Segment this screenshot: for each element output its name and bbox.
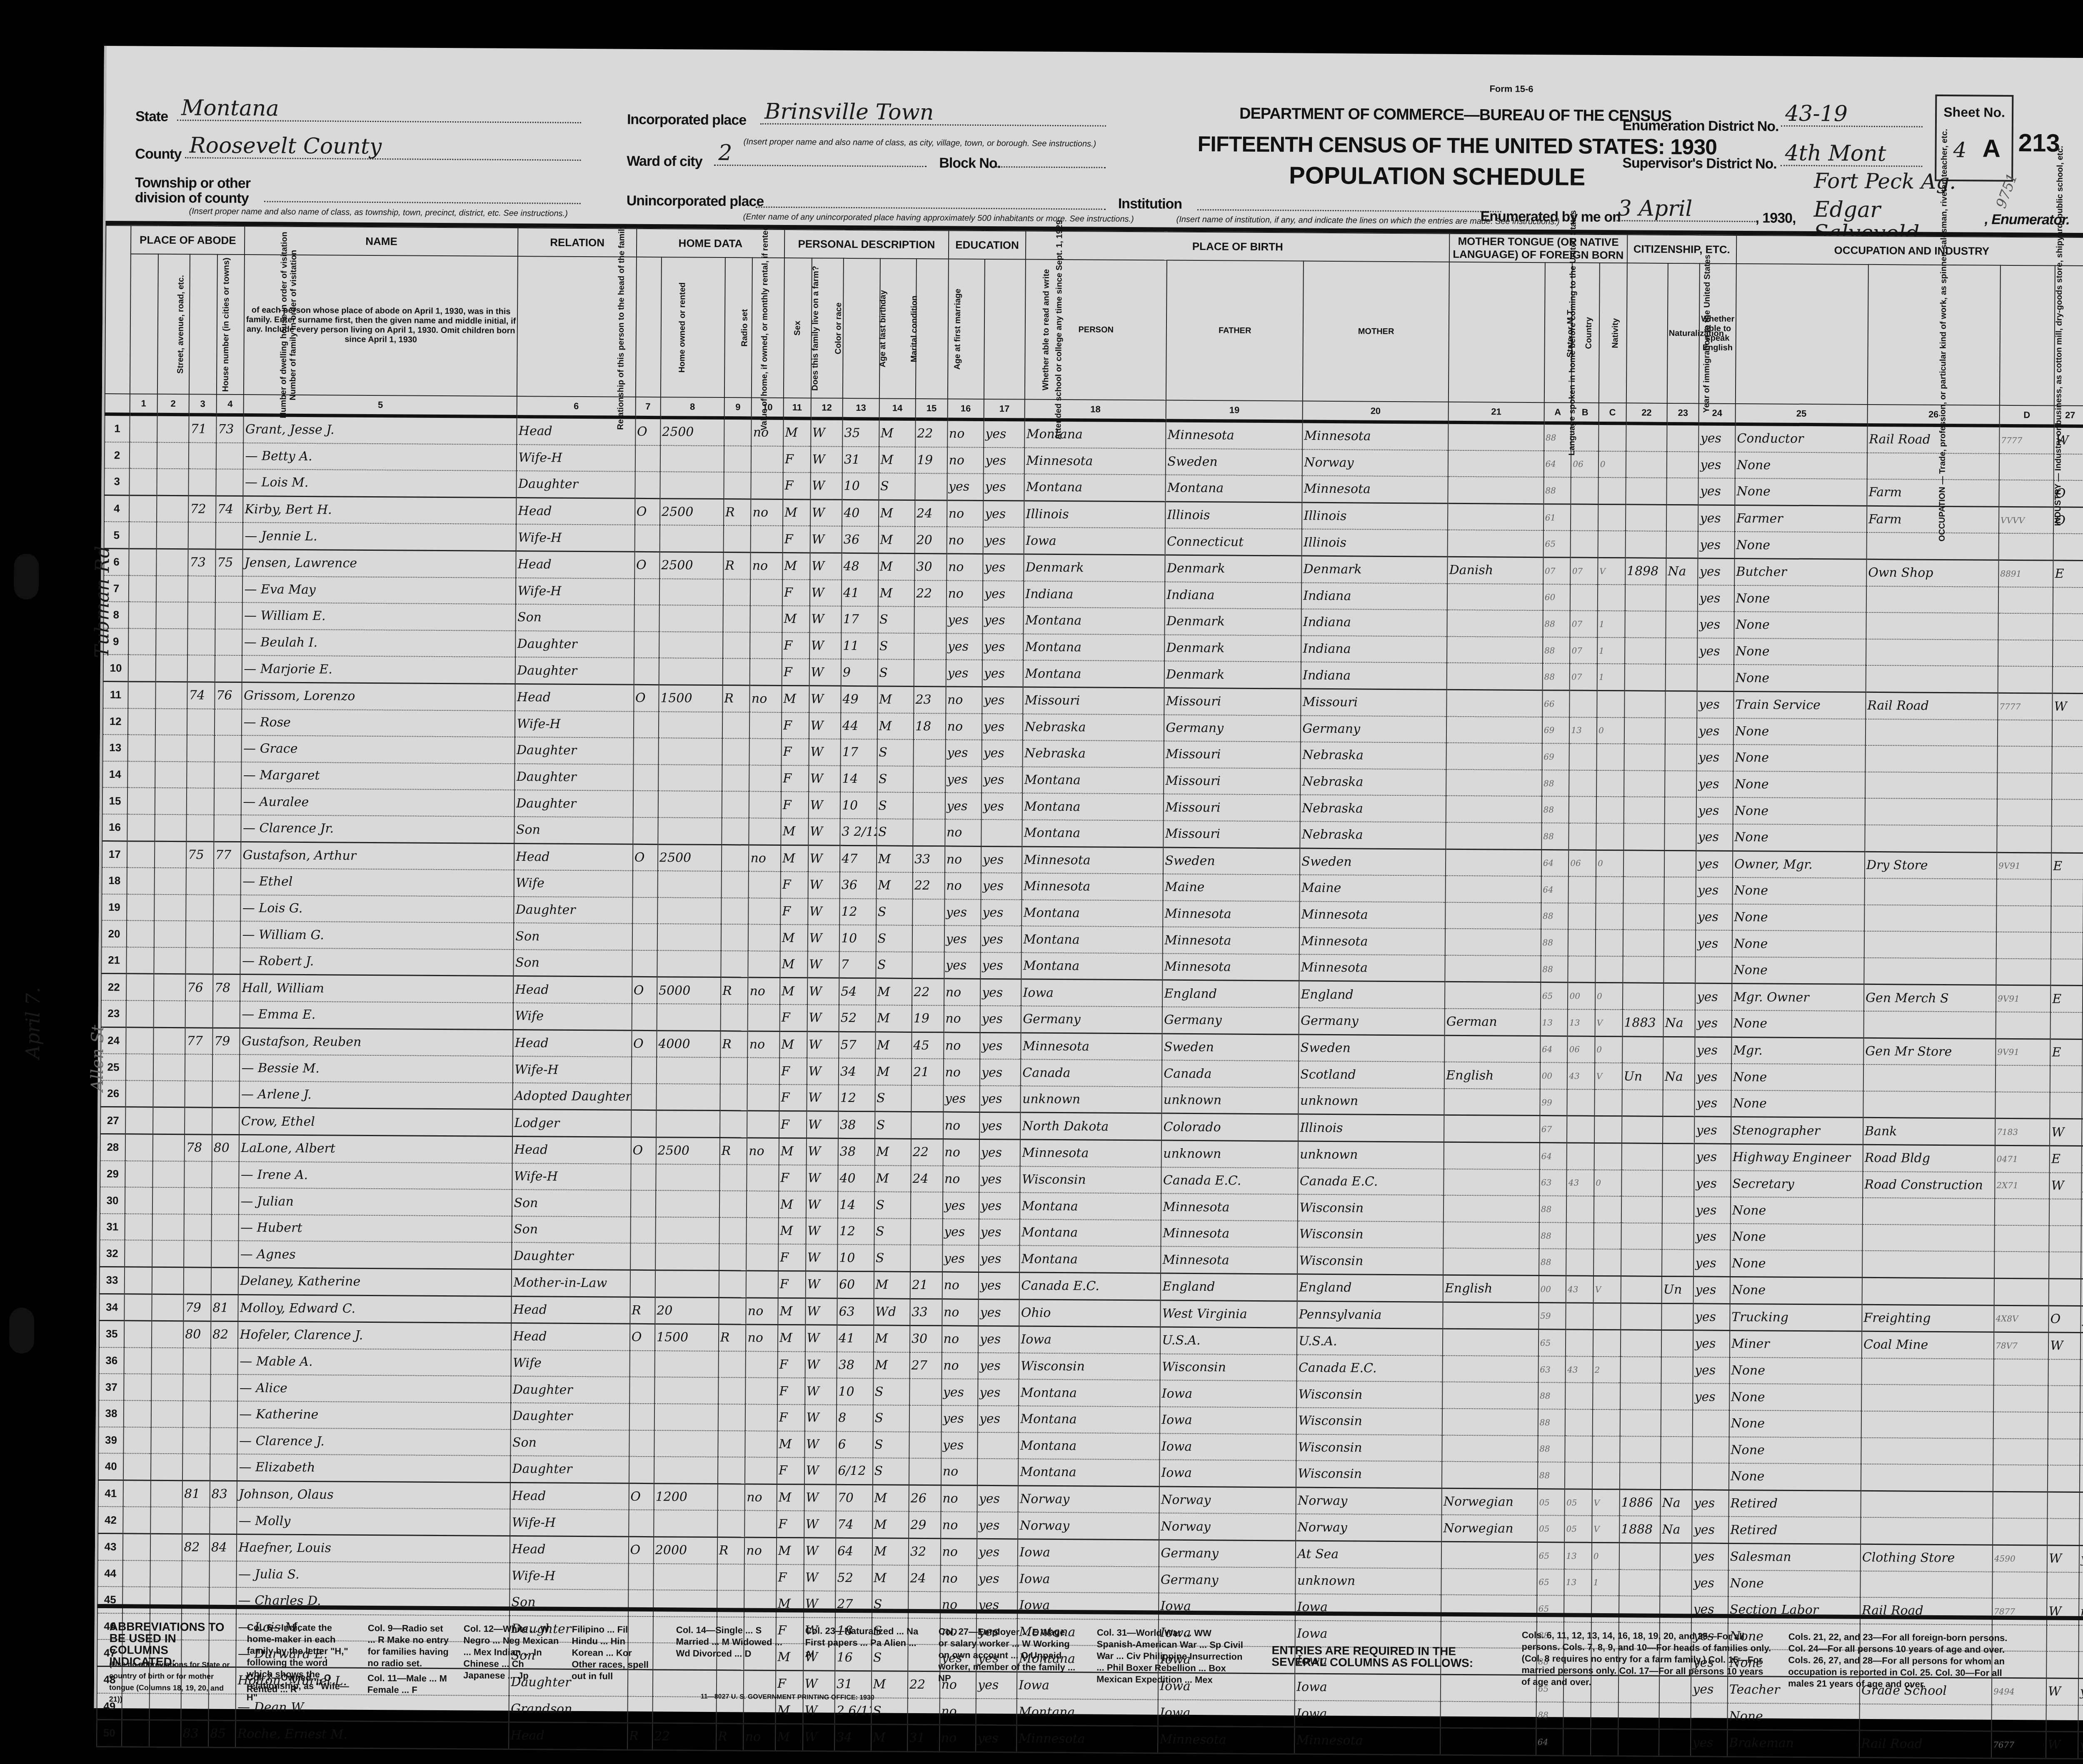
cell-name: Haefner, Louis bbox=[237, 1534, 510, 1562]
cell-occupation: Farmer bbox=[1735, 505, 1867, 532]
cell-street bbox=[127, 788, 155, 815]
cell-school: yes bbox=[946, 607, 983, 634]
cell-age: 17 bbox=[842, 606, 878, 633]
cell-work bbox=[2080, 1359, 2083, 1386]
cell-bp-father: Montana bbox=[1166, 475, 1302, 502]
cell-owned: O bbox=[634, 552, 660, 578]
cell-bp-person: Montana bbox=[1018, 1459, 1159, 1487]
cell-family: 79 bbox=[212, 1028, 240, 1054]
cell-english: yes bbox=[1692, 1543, 1728, 1570]
cell-farm: no bbox=[749, 845, 781, 872]
cell-industry bbox=[1864, 958, 1996, 985]
cell-work: yes bbox=[2081, 1173, 2083, 1199]
cell-line: 27 bbox=[100, 1107, 126, 1134]
cell-bp-mother: unknown bbox=[1299, 1087, 1444, 1115]
cell-house bbox=[155, 761, 187, 788]
cell-bp-mother: Wisconsin bbox=[1298, 1221, 1444, 1248]
cell-code-c bbox=[1593, 1249, 1621, 1276]
cell-code-a: 88 bbox=[1539, 1196, 1567, 1222]
cell-house bbox=[152, 1294, 184, 1321]
cell-radio: R bbox=[716, 1724, 744, 1751]
cell-name: — Irene A. bbox=[239, 1162, 512, 1190]
cell-class: W bbox=[2048, 1332, 2081, 1359]
cell-natur bbox=[1662, 1170, 1694, 1197]
cell-code-b bbox=[1571, 477, 1598, 504]
cell-marital: M bbox=[879, 447, 915, 473]
cell-code-d bbox=[1999, 480, 2054, 507]
cell-owned bbox=[634, 632, 659, 658]
cell-occupation: None bbox=[1734, 612, 1866, 639]
cell-race: W bbox=[804, 1511, 836, 1538]
cell-line: 42 bbox=[98, 1507, 123, 1533]
cell-school: yes bbox=[941, 1405, 978, 1432]
cell-bp-person: Germany bbox=[1021, 1006, 1162, 1034]
cell-farm bbox=[746, 1271, 778, 1298]
cell-code-b bbox=[1568, 929, 1596, 956]
cell-bp-person: Iowa bbox=[1024, 527, 1165, 555]
form-number: Form 15-6 bbox=[1489, 83, 1533, 95]
cell-immig bbox=[1624, 744, 1665, 770]
cell-farm: no bbox=[748, 977, 780, 1004]
cell-immig bbox=[1626, 478, 1667, 505]
cell-marital: M bbox=[878, 553, 915, 580]
cell-code-d bbox=[1997, 773, 2052, 800]
cell-immig: 1898 bbox=[1625, 558, 1666, 585]
cell-read: yes bbox=[981, 926, 1022, 952]
cell-class bbox=[2050, 1066, 2082, 1092]
cell-dwelling bbox=[185, 1054, 212, 1081]
cell-bp-person: Montana bbox=[1023, 634, 1164, 661]
cell-class: E bbox=[2050, 1039, 2082, 1066]
cell-relation: Daughter bbox=[510, 1456, 629, 1483]
cell-school: no bbox=[944, 1032, 980, 1059]
cell-code-a: 63 bbox=[1539, 1169, 1567, 1196]
cell-line: 31 bbox=[100, 1214, 125, 1240]
cell-bp-mother: England bbox=[1299, 981, 1445, 1009]
cell-owned bbox=[629, 1404, 654, 1430]
cell-immig bbox=[1618, 1729, 1659, 1756]
cell-dwelling bbox=[186, 947, 213, 974]
cell-sex: F bbox=[777, 1378, 805, 1404]
cell-street bbox=[125, 1214, 152, 1240]
cell-relation: Daughter bbox=[511, 1376, 630, 1403]
cell-name: — Alice bbox=[238, 1374, 511, 1403]
cell-value: 2500 bbox=[658, 844, 722, 871]
cell-family bbox=[216, 442, 244, 469]
cell-industry bbox=[1867, 452, 1999, 480]
cell-read: yes bbox=[977, 1565, 1018, 1592]
cell-occupation: Stenographer bbox=[1731, 1117, 1863, 1145]
cell-radio bbox=[724, 472, 751, 499]
cell-school: no bbox=[944, 979, 981, 1006]
cell-sex: F bbox=[783, 446, 811, 473]
cell-dwelling bbox=[187, 655, 215, 682]
cell-bp-father: Illinois bbox=[1165, 502, 1302, 529]
col-20-header: MOTHER bbox=[1303, 261, 1449, 402]
cell-owned: O bbox=[629, 1483, 654, 1510]
cell-relation: Daughter bbox=[512, 1242, 631, 1270]
cell-family bbox=[212, 1054, 240, 1081]
cell-owned bbox=[633, 738, 659, 765]
cell-read bbox=[977, 1459, 1019, 1486]
cell-farm bbox=[751, 472, 783, 500]
cell-race: W bbox=[804, 1431, 837, 1458]
cell-race: W bbox=[805, 1352, 837, 1378]
cell-read: yes bbox=[983, 580, 1024, 607]
cell-name: — Lois M. bbox=[243, 469, 517, 497]
cell-school: no bbox=[946, 687, 982, 714]
cell-marital: M bbox=[873, 1352, 910, 1379]
cell-code-d: 9V91 bbox=[1996, 985, 2051, 1012]
cell-family bbox=[212, 1001, 240, 1028]
cell-sex: F bbox=[776, 1564, 804, 1591]
cell-school: no bbox=[945, 713, 982, 740]
cell-race: W bbox=[807, 1084, 839, 1112]
cell-value: 20 bbox=[655, 1297, 719, 1324]
cell-tongue bbox=[1444, 1169, 1539, 1196]
cell-read: yes bbox=[980, 1006, 1022, 1033]
col-number-17: 17 bbox=[984, 399, 1025, 420]
cell-occupation: None bbox=[1734, 665, 1866, 692]
cell-industry bbox=[1861, 1491, 1993, 1518]
cell-bp-father: England bbox=[1162, 980, 1299, 1008]
cell-bp-father: Colorado bbox=[1161, 1113, 1298, 1141]
cell-code-d bbox=[1998, 640, 2053, 667]
cell-family bbox=[215, 522, 243, 549]
cell-bp-person: Montana bbox=[1023, 767, 1164, 794]
cell-industry: Farm bbox=[1867, 506, 1999, 533]
cell-value bbox=[654, 1351, 718, 1378]
cell-street bbox=[129, 602, 156, 629]
cell-age-marriage: 33 bbox=[913, 846, 945, 873]
cell-code-c bbox=[1596, 770, 1624, 797]
cell-code-a: 69 bbox=[1542, 717, 1570, 744]
block-value bbox=[993, 143, 1106, 168]
cell-class: E bbox=[2050, 1146, 2082, 1173]
cell-line: 5 bbox=[104, 522, 130, 548]
cell-code-b: 07 bbox=[1570, 637, 1597, 664]
cell-dwelling bbox=[184, 1161, 212, 1188]
cell-english: yes bbox=[1695, 1010, 1732, 1037]
cell-bp-father: Minnesota bbox=[1163, 953, 1299, 981]
cell-class bbox=[2053, 534, 2083, 561]
cell-tongue bbox=[1448, 422, 1544, 451]
cell-relation: Head bbox=[512, 1296, 630, 1324]
cell-street bbox=[125, 1134, 153, 1161]
county-value: Roosevelt County bbox=[185, 134, 581, 161]
cell-school: no bbox=[941, 1512, 977, 1539]
cell-school: no bbox=[942, 1326, 978, 1353]
cell-farm bbox=[747, 1164, 779, 1191]
cell-read: yes bbox=[980, 979, 1022, 1006]
cell-race: W bbox=[806, 1218, 838, 1244]
cell-sex: F bbox=[779, 1084, 807, 1111]
cell-code-a: 00 bbox=[1539, 1276, 1566, 1303]
cell-code-a: 88 bbox=[1541, 823, 1569, 850]
cell-street bbox=[123, 1427, 151, 1454]
cell-sex: F bbox=[781, 739, 809, 765]
cell-dwelling bbox=[184, 1267, 211, 1294]
cell-code-c: 0 bbox=[1598, 451, 1626, 478]
cell-dwelling bbox=[187, 735, 215, 762]
cell-sex: M bbox=[782, 685, 809, 712]
cell-english: yes bbox=[1696, 850, 1733, 877]
cell-relation: Son bbox=[515, 817, 633, 844]
cell-marital: S bbox=[874, 1218, 911, 1245]
cell-natur bbox=[1662, 1223, 1694, 1250]
cell-house bbox=[154, 947, 186, 974]
cell-value bbox=[654, 1430, 718, 1457]
cell-school: no bbox=[943, 1166, 979, 1192]
cell-owned bbox=[634, 658, 659, 685]
cell-bp-person: Canada E.C. bbox=[1019, 1272, 1161, 1300]
cell-bp-father: Denmark bbox=[1164, 661, 1301, 689]
cell-family bbox=[214, 735, 242, 762]
cell-code-d bbox=[1994, 1278, 2049, 1305]
cell-industry: Gen Mr Store bbox=[1863, 1038, 1996, 1065]
cell-occupation: None bbox=[1733, 745, 1865, 772]
cell-tongue: Danish bbox=[1447, 557, 1543, 584]
cell-family bbox=[214, 815, 241, 842]
cell-school: no bbox=[946, 580, 983, 607]
cell-farm bbox=[747, 1084, 779, 1111]
cell-race: W bbox=[809, 686, 841, 713]
cell-race: W bbox=[807, 1004, 839, 1032]
cell-radio: R bbox=[721, 977, 748, 1004]
cell-bp-mother: Wisconsin bbox=[1298, 1194, 1444, 1222]
cell-radio bbox=[719, 1244, 747, 1270]
cell-line: 2 bbox=[105, 442, 130, 469]
entries-a: Cols. 6, 11, 12, 13, 14, 16, 18, 19, 20,… bbox=[1521, 1629, 1772, 1689]
cell-sex: F bbox=[782, 659, 809, 685]
cell-work bbox=[2080, 1465, 2083, 1492]
cell-code-d: 8891 bbox=[1998, 560, 2053, 587]
cell-read: yes bbox=[978, 1299, 1019, 1326]
cell-tongue bbox=[1443, 1355, 1539, 1382]
cell-code-c: V bbox=[1592, 1489, 1619, 1516]
cell-name: — Auralee bbox=[241, 788, 515, 817]
cell-value bbox=[659, 658, 722, 685]
cell-code-c bbox=[1594, 1116, 1622, 1143]
cell-age: 9 bbox=[841, 659, 878, 686]
cell-house bbox=[151, 1401, 183, 1427]
cell-code-c bbox=[1593, 1409, 1620, 1436]
cell-house bbox=[150, 1507, 182, 1534]
cell-relation: Head bbox=[515, 684, 634, 711]
group-personal-description: PERSONAL DESCRIPTION bbox=[784, 230, 949, 259]
cell-house bbox=[152, 1321, 184, 1348]
cell-immig bbox=[1620, 1330, 1661, 1357]
abbrev-col27: Col. 27—Employer ... E Wage or salary wo… bbox=[938, 1626, 1076, 1685]
cell-work bbox=[2080, 1439, 2083, 1466]
cell-line: 35 bbox=[99, 1321, 125, 1347]
cell-name: Crow, Ethel bbox=[240, 1108, 513, 1137]
cell-occupation: None bbox=[1730, 1224, 1862, 1251]
cell-natur bbox=[1660, 1569, 1692, 1596]
cell-radio bbox=[718, 1377, 746, 1404]
state-label: State bbox=[135, 108, 168, 125]
cell-tongue bbox=[1444, 1089, 1540, 1116]
col-number-18: 18 bbox=[1025, 400, 1166, 421]
cell-value bbox=[659, 632, 723, 659]
cell-code-d bbox=[1993, 1465, 2048, 1492]
cell-street bbox=[130, 414, 157, 442]
cell-occupation: None bbox=[1729, 1437, 1861, 1464]
cell-bp-person: Montana bbox=[1019, 1246, 1161, 1273]
cell-bp-person: Montana bbox=[1019, 1379, 1160, 1407]
cell-bp-mother: At Sea bbox=[1296, 1541, 1441, 1568]
cell-age: 63 bbox=[837, 1298, 874, 1325]
cell-value: 22 bbox=[652, 1723, 716, 1751]
cell-owned bbox=[632, 897, 658, 924]
cell-house bbox=[153, 1107, 185, 1134]
cell-code-c bbox=[1593, 1330, 1621, 1357]
cell-marital: M bbox=[874, 1272, 910, 1299]
cell-line: 50 bbox=[97, 1720, 122, 1747]
cell-race: W bbox=[809, 659, 841, 686]
cell-age: 6/12 bbox=[836, 1458, 873, 1485]
cell-relation: Son bbox=[512, 1216, 631, 1243]
cell-marital: S bbox=[875, 1112, 912, 1139]
cell-class bbox=[2047, 1572, 2079, 1599]
cell-age-marriage: 19 bbox=[915, 447, 947, 474]
cell-marital: Wd bbox=[874, 1298, 910, 1325]
cell-race: W bbox=[809, 712, 841, 739]
cell-bp-mother: Norway bbox=[1296, 1487, 1442, 1515]
cell-tongue bbox=[1444, 1222, 1539, 1249]
cell-industry: Road Construction bbox=[1863, 1171, 1995, 1199]
cell-farm bbox=[750, 606, 782, 632]
cell-family bbox=[211, 1241, 239, 1267]
cell-bp-person: unknown bbox=[1021, 1086, 1162, 1113]
cell-house bbox=[155, 682, 187, 709]
cell-farm: no bbox=[748, 1031, 780, 1058]
col-number-14: 14 bbox=[879, 398, 916, 419]
cell-house bbox=[152, 1267, 184, 1294]
cell-bp-mother: Canada E.C. bbox=[1298, 1168, 1444, 1195]
cell-house bbox=[152, 1187, 185, 1214]
cell-natur bbox=[1663, 983, 1696, 1010]
cell-race: W bbox=[805, 1271, 837, 1298]
cell-code-c: 2 bbox=[1593, 1357, 1620, 1383]
cell-natur bbox=[1665, 744, 1697, 771]
cell-code-a: 88 bbox=[1538, 1462, 1565, 1489]
cell-english: yes bbox=[1698, 585, 1734, 612]
cell-race: W bbox=[804, 1404, 837, 1431]
group-education: EDUCATION bbox=[948, 230, 1026, 259]
cell-dwelling bbox=[182, 1454, 210, 1480]
cell-farm bbox=[747, 1244, 779, 1271]
cell-bp-person: Minnesota bbox=[1017, 1725, 1158, 1753]
cell-industry bbox=[1863, 1198, 1995, 1225]
department-title: DEPARTMENT OF COMMERCE—BUREAU OF THE CEN… bbox=[1239, 105, 1671, 125]
cell-marital: M bbox=[874, 1139, 911, 1166]
cell-relation: Head bbox=[513, 1029, 632, 1057]
cell-code-a: 66 bbox=[1542, 690, 1570, 717]
cell-race: W bbox=[805, 1325, 837, 1352]
cell-line: 23 bbox=[101, 1000, 127, 1027]
cell-occupation: None bbox=[1729, 1463, 1861, 1491]
cell-code-d: 7777 bbox=[1999, 426, 2054, 454]
cell-farm: no bbox=[746, 1324, 778, 1352]
cell-immig bbox=[1623, 930, 1664, 957]
cell-street bbox=[129, 549, 156, 575]
cell-code-c bbox=[1598, 423, 1626, 451]
cell-bp-person: Montana bbox=[1019, 1406, 1160, 1433]
cell-marital: M bbox=[876, 845, 913, 872]
cell-code-b bbox=[1565, 1409, 1593, 1436]
cell-value bbox=[658, 817, 722, 845]
cell-race: W bbox=[806, 1138, 838, 1165]
cell-bp-person: Indiana bbox=[1024, 581, 1165, 608]
cell-dwelling bbox=[187, 709, 215, 735]
cell-marital: S bbox=[879, 473, 915, 500]
cell-value bbox=[656, 1190, 719, 1217]
cell-code-b bbox=[1566, 1329, 1593, 1356]
cell-code-c: 1 bbox=[1591, 1569, 1619, 1596]
cell-radio bbox=[720, 1004, 748, 1031]
cell-bp-father: unknown bbox=[1162, 1087, 1299, 1114]
cell-race: W bbox=[807, 925, 839, 952]
cell-street bbox=[125, 1187, 152, 1214]
cell-radio bbox=[720, 1084, 747, 1111]
cell-bp-father: Missouri bbox=[1164, 820, 1300, 848]
cell-age: 41 bbox=[837, 1325, 874, 1352]
cell-tongue bbox=[1446, 796, 1542, 823]
cell-school: no bbox=[942, 1299, 979, 1326]
cell-value bbox=[659, 605, 723, 632]
cell-english: yes bbox=[1696, 904, 1733, 930]
cell-house bbox=[155, 735, 187, 762]
cell-age: 31 bbox=[842, 446, 879, 473]
cell-bp-mother: Indiana bbox=[1301, 662, 1447, 690]
cell-race: W bbox=[804, 1457, 837, 1484]
cell-natur bbox=[1663, 1143, 1695, 1170]
cell-industry: Freighting bbox=[1862, 1304, 1994, 1332]
cell-tongue bbox=[1444, 1115, 1540, 1143]
cell-family: 73 bbox=[216, 415, 244, 443]
cell-code-a: 64 bbox=[1541, 850, 1569, 876]
cell-radio bbox=[723, 605, 750, 632]
cell-english: yes bbox=[1697, 691, 1734, 718]
cell-class bbox=[2048, 1359, 2081, 1386]
cell-class bbox=[2048, 1439, 2080, 1465]
cell-class: W bbox=[2049, 1172, 2081, 1199]
col-number-22: 22 bbox=[1626, 403, 1667, 424]
cell-tongue bbox=[1445, 929, 1541, 956]
cell-owned bbox=[632, 950, 657, 977]
cell-name: Hofeler, Clarence J. bbox=[238, 1322, 511, 1350]
line-number-header bbox=[105, 225, 131, 394]
cell-family: 85 bbox=[208, 1720, 236, 1747]
cell-industry: Dry Store bbox=[1865, 852, 1997, 879]
cell-immig bbox=[1621, 1197, 1662, 1223]
cell-english: yes bbox=[1696, 771, 1733, 797]
cell-school: yes bbox=[944, 926, 981, 952]
cell-code-c: 0 bbox=[1595, 983, 1623, 1009]
cell-natur bbox=[1664, 877, 1696, 904]
cell-immig bbox=[1623, 850, 1664, 877]
cell-class bbox=[2053, 640, 2083, 667]
cell-radio: R bbox=[723, 552, 751, 579]
cell-code-c bbox=[1598, 584, 1625, 611]
cell-english: yes bbox=[1694, 1117, 1731, 1144]
cell-code-d bbox=[1998, 666, 2053, 693]
cell-race: W bbox=[810, 500, 842, 527]
cell-value bbox=[658, 791, 722, 818]
state-value: Montana bbox=[177, 96, 581, 123]
cell-house bbox=[152, 1240, 184, 1267]
